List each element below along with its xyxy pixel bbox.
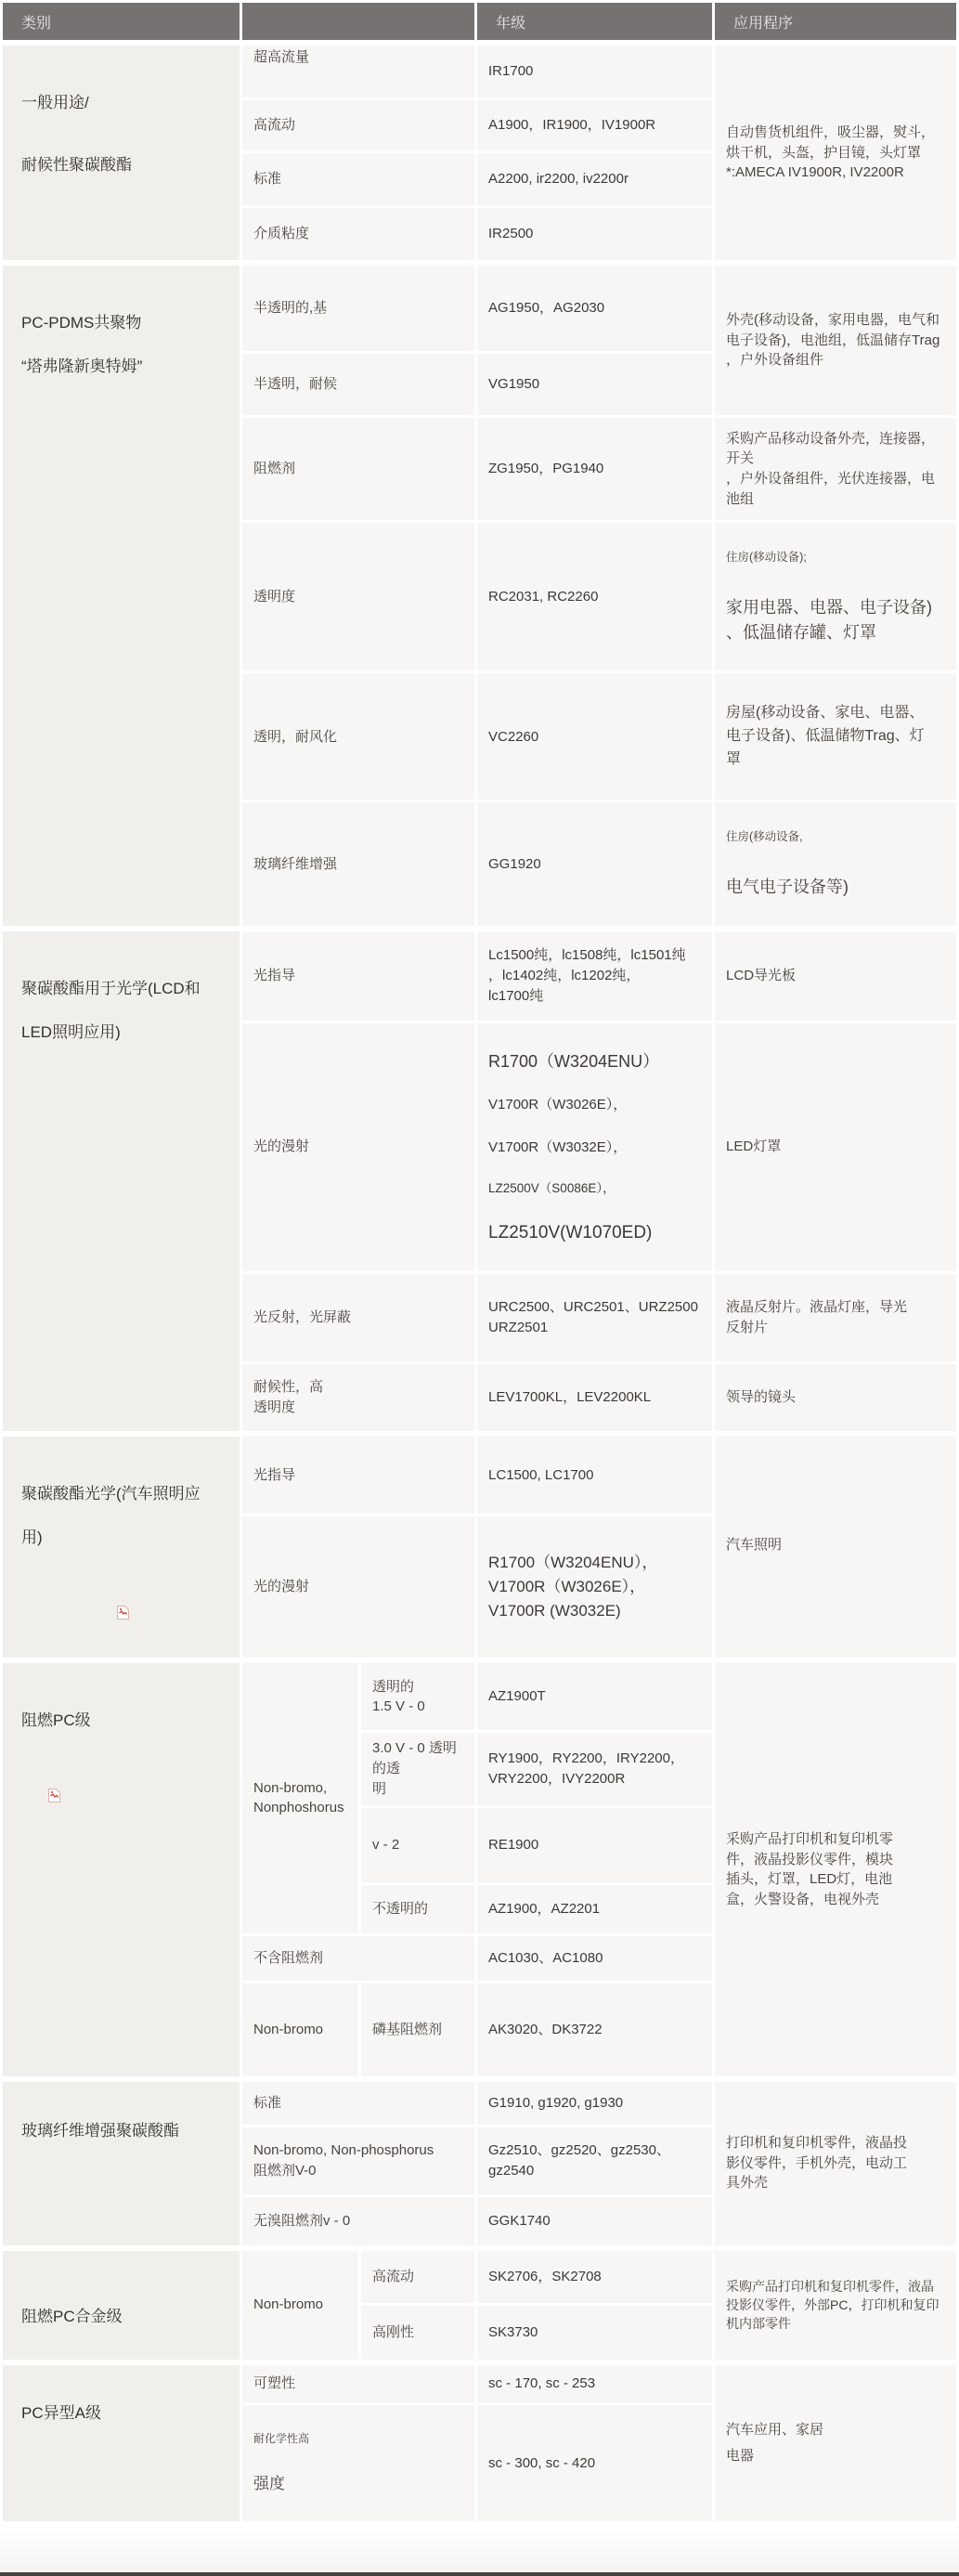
section-pc-pdms: PC-PDMS共聚物 “塔弗隆新奥特姆” 半透明的,基 AG1950，AG203… [0, 263, 959, 929]
grade-cell: AZ1900，AZ2201 [477, 1885, 712, 1933]
category-line: LED照明应用) [21, 1021, 227, 1044]
category-cell: PC异型A级 [3, 2365, 240, 2521]
grade-line: V1700R（W3026E）， [488, 1095, 701, 1115]
grade-line: LZ2500V（S0086E）， [488, 1179, 701, 1198]
category-line: 耐候性聚碳酸酯 [21, 154, 227, 176]
table-row: 阻燃PC级 Non-bromo, Nonphoshorus 透明的 1.5 V … [3, 1663, 956, 1730]
grade-cell: GGK1740 [477, 2197, 712, 2245]
grade-cell: RY1900，RY2200，IRY2200， VRY2200，IVY2200R [477, 1733, 712, 1804]
table-row: 聚碳酸酯光学(汽车照明应 用) 光指导 LC1500, LC1700 汽车照明 [3, 1437, 956, 1514]
category-cell: PC-PDMS共聚物 “塔弗隆新奥特姆” [3, 266, 240, 926]
grade-cell: ZG1950，PG1940 [477, 418, 712, 520]
attr-cell: 耐化学性高 强度 [242, 2405, 474, 2521]
broken-image-icon [47, 1765, 227, 1810]
attr-cell: Non-bromo, Non-phosphorus 阻燃剂V-0 [242, 2127, 474, 2194]
grade-cell: SK2706，SK2708 [477, 2251, 712, 2304]
section-flame-retardant-pc: 阻燃PC级 Non-bromo, Nonphoshorus 透明的 1.5 V … [0, 1660, 959, 2078]
category-cell: 一般用途/ 耐候性聚碳酸酯 [3, 46, 240, 260]
grade-cell: AK3020、DK3722 [477, 1984, 712, 2076]
category-line: 玻璃纤维增强聚碳酸酯 [21, 2120, 227, 2142]
app-cell: LCD导光板 [715, 931, 956, 1021]
header-blank [242, 3, 474, 40]
grade-line: V1700R（W3032E）， [488, 1138, 701, 1158]
footer-bar [0, 2572, 959, 2576]
grade-cell: A1900，IR1900，IV1900R [477, 100, 712, 150]
app-note: 住房(移动设备, [726, 828, 945, 845]
attr-cell: 超高流量 [242, 46, 474, 98]
group-cell: Non-bromo [242, 2251, 358, 2360]
category-cell: 聚碳酸酯光学(汽车照明应 用) [3, 1437, 240, 1658]
attr-cell: 标准 [242, 153, 474, 205]
grade-cell: A2200, ir2200, iv2200r [477, 153, 712, 205]
app-cell: 汽车应用、家居 电器 [715, 2365, 956, 2521]
attr-cell: 光反射，光屏蔽 [242, 1274, 474, 1361]
app-cell: 打印机和复印机零件，液晶投 影仪零件，手机外壳，电动工 具外壳 [715, 2082, 956, 2245]
category-line: 阻燃PC级 [21, 1710, 227, 1732]
category-line: 阻燃PC合金级 [21, 2306, 227, 2328]
grade-cell: GG1920 [477, 802, 712, 925]
grade-cell: RC2031, RC2260 [477, 523, 712, 670]
grade-cell: AG1950，AG2030 [477, 266, 712, 351]
app-cell: 住房(移动设备, 电气电子设备等) [715, 802, 956, 925]
table-row: 玻璃纤维增强聚碳酸酯 标准 G1910, g1920, g1930 打印机和复印… [3, 2082, 956, 2125]
attr-cell: 透明度 [242, 523, 474, 670]
attr-text: 强度 [253, 2473, 463, 2496]
table-row: 聚碳酸酯用于光学(LCD和 LED照明应用) 光指导 Lc1500纯，lc150… [3, 931, 956, 1021]
app-cell: 采购产品打印机和复印机零 件，液晶投影仪零件，模块 插头，灯罩，LED灯，电池 … [715, 1663, 956, 2075]
app-cell: 房屋(移动设备、家电、电器、 电子设备)、低温储物Trag、灯 罩 [715, 673, 956, 800]
footer-whitespace [0, 2524, 959, 2572]
app-cell: 自动售货机组件，吸尘器，熨斗， 烘干机，头盔，护目镜，头灯罩 *:AMECA I… [715, 46, 956, 260]
attr-cell: 光的漫射 [242, 1023, 474, 1271]
subattr-cell: 高刚性 [361, 2306, 474, 2360]
grade-cell: Lc1500纯，lc1508纯，lc1501纯 ，lc1402纯，lc1202纯… [477, 931, 712, 1021]
grade-cell: sc - 170, sc - 253 [477, 2365, 712, 2402]
attr-cell: 半透明，耐候 [242, 354, 474, 415]
section-pc-profile-a: PC异型A级 可塑性 sc - 170, sc - 253 汽车应用、家居 电器… [0, 2362, 959, 2524]
attr-cell: 光指导 [242, 1437, 474, 1514]
subattr-cell: v - 2 [361, 1808, 474, 1882]
app-text: 电气电子设备等) [726, 875, 945, 900]
app-cell: 采购产品打印机和复印机零件，液晶 投影仪零件，外部PC，打印机和复印 机内部零件 [715, 2251, 956, 2360]
header-row: 类别 年级 应用程序 [3, 3, 956, 40]
subattr-cell: 不透明的 [361, 1885, 474, 1933]
app-cell: 领导的镜头 [715, 1364, 956, 1431]
category-cell: 阻燃PC级 [3, 1663, 240, 2075]
header-category: 类别 [3, 3, 240, 40]
category-cell: 阻燃PC合金级 [3, 2251, 240, 2360]
attr-note: 耐化学性高 [253, 2431, 463, 2447]
table-row: 阻燃PC合金级 Non-bromo 高流动 SK2706，SK2708 采购产品… [3, 2251, 956, 2304]
category-line: 聚碳酸酯光学(汽车照明应 [21, 1483, 227, 1505]
section-optics-automotive: 聚碳酸酯光学(汽车照明应 用) 光指导 LC1500, LC1700 汽车照明 … [0, 1434, 959, 1660]
table-row: PC异型A级 可塑性 sc - 170, sc - 253 汽车应用、家居 电器 [3, 2365, 956, 2402]
table-row: PC-PDMS共聚物 “塔弗隆新奥特姆” 半透明的,基 AG1950，AG203… [3, 266, 956, 351]
table-row: 一般用途/ 耐候性聚碳酸酯 超高流量 IR1700 自动售货机组件，吸尘器，熨斗… [3, 46, 956, 98]
table-header: 类别 年级 应用程序 [0, 0, 959, 43]
grade-cell: sc - 300, sc - 420 [477, 2405, 712, 2521]
category-line: 聚碳酸酯用于光学(LCD和 [21, 978, 227, 1000]
subattr-cell: 透明的 1.5 V - 0 [361, 1663, 474, 1730]
header-grade: 年级 [477, 3, 712, 40]
attr-cell: 光的漫射 [242, 1516, 474, 1659]
category-cell: 玻璃纤维增强聚碳酸酯 [3, 2082, 240, 2245]
attr-cell: 耐候性，高 透明度 [242, 1364, 474, 1431]
app-cell: 住房(移动设备); 家用电器、电器、电子设备) 、低温储存罐、灯罩 [715, 523, 956, 670]
attr-cell: 玻璃纤维增强 [242, 802, 474, 925]
attr-cell: 半透明的,基 [242, 266, 474, 351]
app-cell: 外壳(移动设备，家用电器，电气和 电子设备)，电池组，低温储存Trag ，户外设… [715, 266, 956, 415]
section-glass-fiber-pc: 玻璃纤维增强聚碳酸酯 标准 G1910, g1920, g1930 打印机和复印… [0, 2079, 959, 2248]
category-line: PC-PDMS共聚物 [21, 312, 227, 334]
grade-cell: VG1950 [477, 354, 712, 415]
section-general-purpose: 一般用途/ 耐候性聚碳酸酯 超高流量 IR1700 自动售货机组件，吸尘器，熨斗… [0, 43, 959, 263]
grade-cell: SK3730 [477, 2306, 712, 2360]
grade-cell: R1700（W3204ENU） V1700R（W3026E）， V1700R（W… [477, 1023, 712, 1271]
attr-cell: 高流动 [242, 100, 474, 150]
grade-cell: VC2260 [477, 673, 712, 800]
subattr-cell: 3.0 V - 0 透明 的透 明 [361, 1733, 474, 1804]
group-cell: Non-bromo, Nonphoshorus [242, 1663, 358, 1932]
app-cell: 汽车照明 [715, 1437, 956, 1658]
grade-cell: AZ1900T [477, 1663, 712, 1730]
app-cell: 采购产品移动设备外壳，连接器，开关 ，户外设备组件，光伏连接器，电池组 [715, 418, 956, 520]
grade-line: R1700（W3204ENU） [488, 1049, 701, 1073]
category-line: 用) [21, 1527, 227, 1549]
grade-cell: IR1700 [477, 46, 712, 98]
app-note: 住房(移动设备); [726, 549, 945, 566]
attr-cell: 不含阻燃剂 [242, 1936, 474, 1981]
grade-line: LZ2510V(W1070ED) [488, 1220, 701, 1246]
grade-cell: Gz2510、gz2520、gz2530、 gz2540 [477, 2127, 712, 2194]
category-line: “塔弗隆新奥特姆” [21, 356, 227, 378]
section-fr-pc-alloy: 阻燃PC合金级 Non-bromo 高流动 SK2706，SK2708 采购产品… [0, 2248, 959, 2362]
section-optics-lcd-led: 聚碳酸酯用于光学(LCD和 LED照明应用) 光指导 Lc1500纯，lc150… [0, 929, 959, 1434]
attr-cell: 介质粘度 [242, 208, 474, 260]
subattr-cell: 高流动 [361, 2251, 474, 2304]
subattr-cell: 磷基阻燃剂 [361, 1984, 474, 2076]
attr-cell: 阻燃剂 [242, 418, 474, 520]
category-line: PC异型A级 [21, 2402, 227, 2425]
grade-cell: URC2500、URC2501、URZ2500 URZ2501 [477, 1274, 712, 1361]
product-grade-table-page: 类别 年级 应用程序 一般用途/ 耐候性聚碳酸酯 超高流量 IR1700 自动售… [0, 0, 959, 2576]
category-cell: 聚碳酸酯用于光学(LCD和 LED照明应用) [3, 931, 240, 1431]
grade-cell: IR2500 [477, 208, 712, 260]
app-text: 家用电器、电器、电子设备) 、低温储存罐、灯罩 [726, 595, 945, 645]
grade-cell: RE1900 [477, 1808, 712, 1882]
attr-cell: 透明，耐风化 [242, 673, 474, 800]
app-cell: LED灯罩 [715, 1023, 956, 1271]
app-cell: 液晶反射片。液晶灯座，导光 反射片 [715, 1274, 956, 1361]
grade-cell: LEV1700KL，LEV2200KL [477, 1364, 712, 1431]
grade-cell: LC1500, LC1700 [477, 1437, 712, 1514]
attr-cell: 无溴阻燃剂v - 0 [242, 2197, 474, 2245]
broken-image-icon [116, 1582, 227, 1627]
grade-cell: R1700（W3204ENU）， V1700R（W3026E）， V1700R … [477, 1516, 712, 1659]
grade-cell: G1910, g1920, g1930 [477, 2082, 712, 2125]
grade-cell: AC1030、AC1080 [477, 1936, 712, 1981]
category-line: 一般用途/ [21, 92, 227, 114]
attr-cell: 标准 [242, 2082, 474, 2125]
attr-cell: 可塑性 [242, 2365, 474, 2402]
group-cell: Non-bromo [242, 1984, 358, 2076]
attr-cell: 光指导 [242, 931, 474, 1021]
header-applications: 应用程序 [715, 3, 956, 40]
